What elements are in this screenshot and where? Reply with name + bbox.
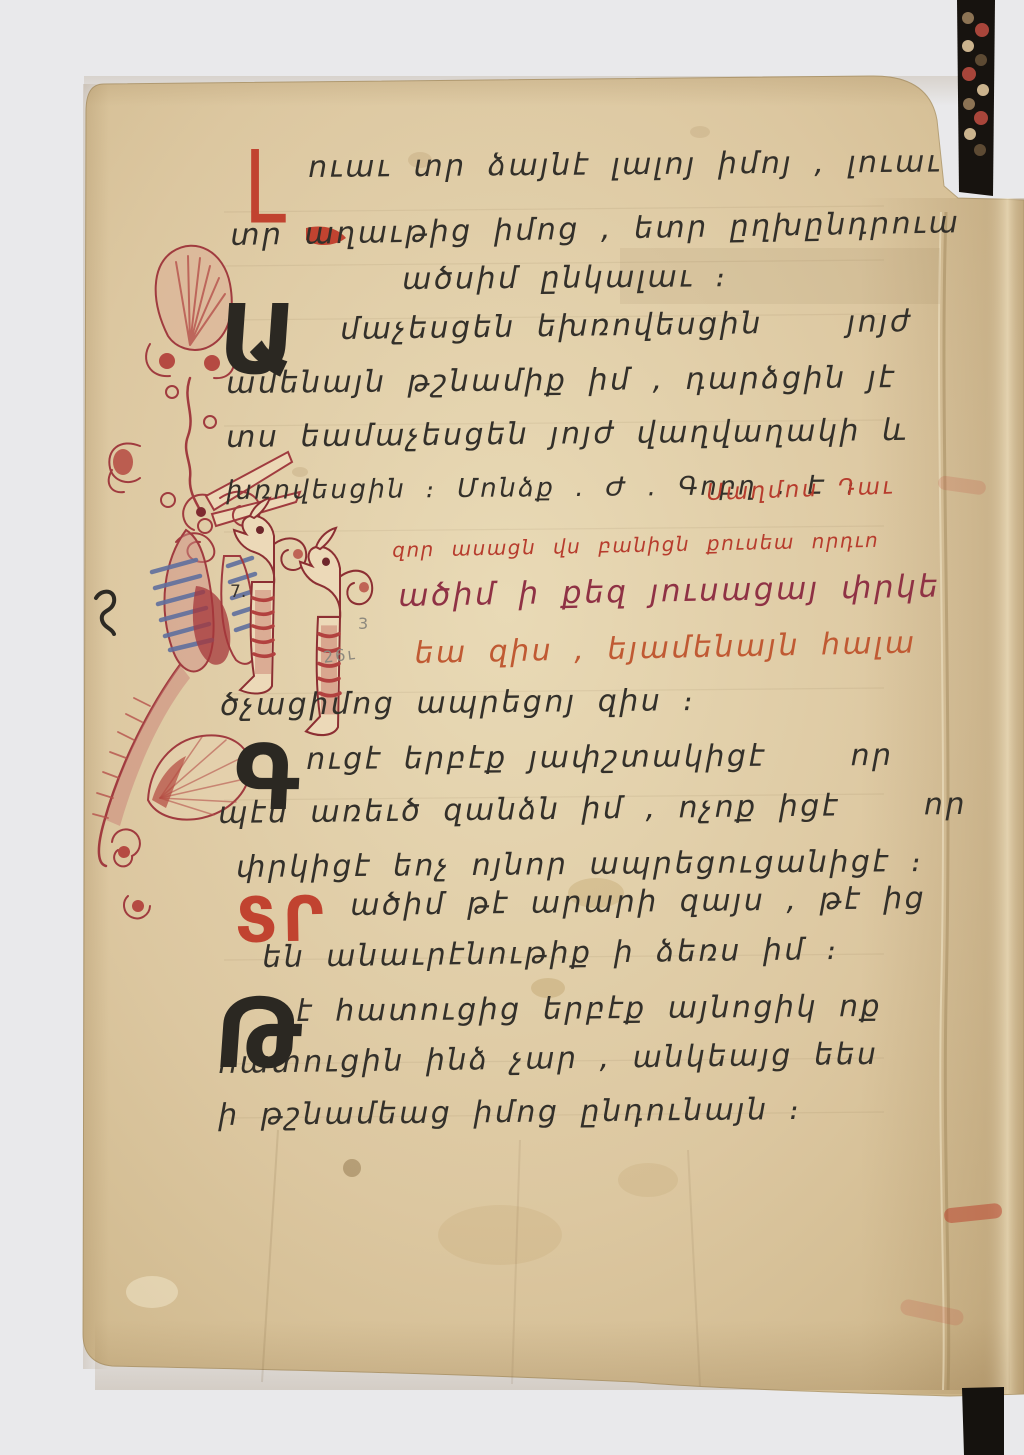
margin-folio-pencil: 26ւ xyxy=(322,644,357,667)
manuscript-line: տս եամաչեսցեն յոյժ վաղվաղակի և xyxy=(226,413,909,455)
manuscript-line: փրկիցէ եոչ ոյնոր ապրեցուցանիցէ ։ xyxy=(236,844,924,885)
manuscript-scan: ուաւ տր ձայնէ լալոյ իմոյ , լուաւ տր աղաւ… xyxy=(0,0,1024,1455)
initial-A-black: Ա xyxy=(215,292,300,388)
margin-number-pencil: 3 xyxy=(358,614,368,633)
manuscript-line: ամենայն թշնամիք իմ , դարձցին յէ xyxy=(226,360,897,401)
initial-T-black: Թ xyxy=(211,986,304,1082)
manuscript-line: ուաւ տր ձայնէ լալոյ իմոյ , լուաւ xyxy=(308,144,943,185)
binding-strip-top xyxy=(957,0,995,196)
initial-L-red: Լ xyxy=(244,138,286,239)
manuscript-line: ուցէ երբէք յափշտակիցէ որ xyxy=(306,738,894,777)
binding-strip-bottom xyxy=(962,1387,1004,1455)
manuscript-line: ծչացիմոց ապրեցոյ զիս ։ xyxy=(220,683,696,723)
manuscript-line: է հատուցից երբէք այնոցիկ ոք xyxy=(296,989,882,1029)
margin-number-ink: 7. xyxy=(230,582,246,602)
manuscript-line: ածիմ թէ արարի զայս , թէ ից xyxy=(350,881,926,923)
manuscript-line: ածսիմ ընկալաւ ։ xyxy=(402,259,729,297)
manuscript-line: ի թշնամեաց իմոց ընդունայն ։ xyxy=(218,1092,802,1133)
initial-TR-red: ՏՐ xyxy=(234,888,329,952)
initial-G-black: Գ xyxy=(231,734,301,824)
